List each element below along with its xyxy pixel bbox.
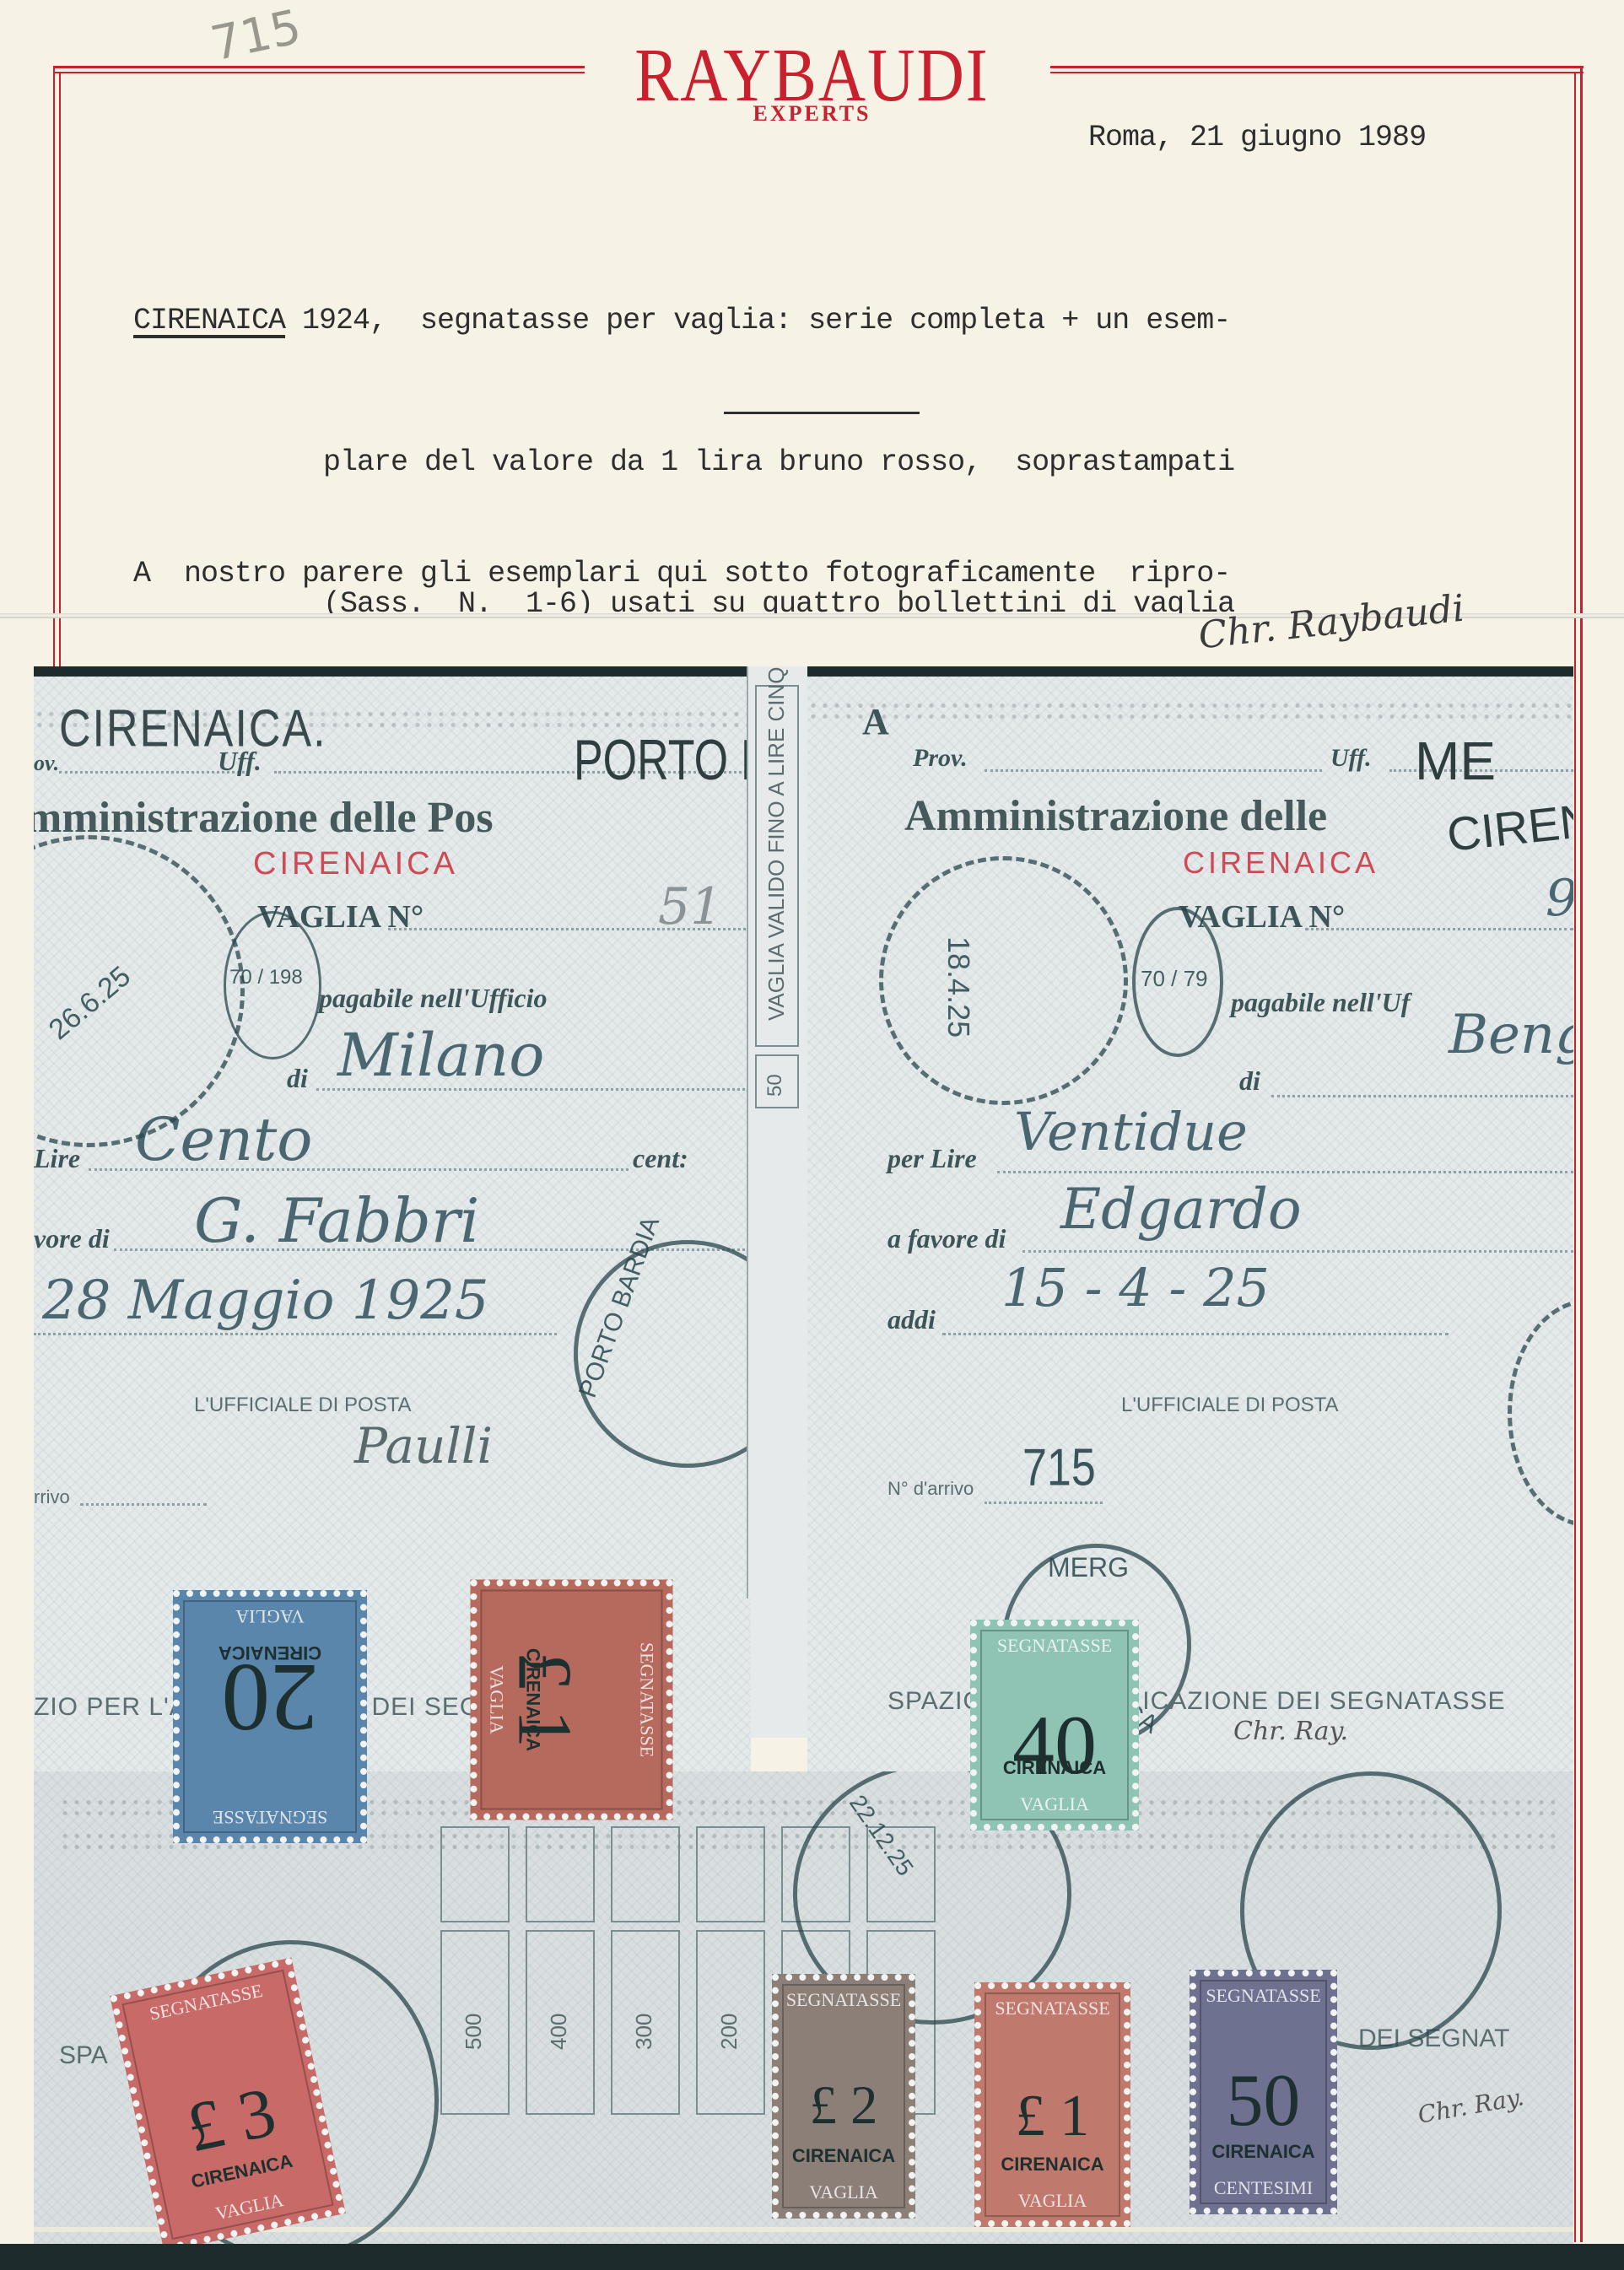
stamp-header: SEGNATASSE (779, 1989, 909, 2011)
opinion-line: A nostro parere gli esemplari qui sotto … (133, 550, 1230, 597)
stamp-footer: VAGLIA (779, 2181, 909, 2203)
column-value: 300 (631, 2014, 657, 2050)
officer-signature: Paulli (354, 1417, 493, 1475)
place-date: Roma, 21 giugno 1989 (1088, 121, 1426, 154)
di-value: Milano (337, 1021, 544, 1090)
frame-right-2 (1574, 72, 1576, 2242)
stamp-overprint: CIRENAICA (522, 1587, 544, 1814)
stamp-header: SEGNATASSE (981, 1998, 1124, 2019)
divider-rule (724, 412, 920, 414)
column-value: 400 (546, 2014, 572, 2050)
arrival-value: 715 (1022, 1437, 1096, 1498)
stamp-value: £ 2 (787, 2073, 900, 2137)
column-box: 500 (440, 1930, 510, 2115)
stamp-footer: VAGLIA (486, 1587, 508, 1814)
vaglia-number: 9 (1546, 869, 1573, 928)
stamp-overprint: CIRENAICA (981, 2154, 1124, 2176)
stamp-value: 50 (1196, 2057, 1330, 2143)
postmark-arrival-date: 18.4.25 (941, 936, 976, 1038)
postage-stamp-40c: SEGNATASSE40CIRENAICAVAGLIA (970, 1620, 1139, 1831)
uff-label: Uff. (218, 746, 262, 777)
prov-label: ov. (34, 751, 59, 776)
frame-left-2 (59, 72, 61, 690)
space-label: SPA (59, 2041, 108, 2070)
date-value: 28 Maggio 1925 (42, 1270, 489, 1332)
validity-value: 50 (763, 1074, 787, 1097)
di-label: di (1239, 1065, 1260, 1097)
prov-stamp: CIRENAICA. (59, 698, 327, 759)
addi-value: 15 - 4 - 25 (1001, 1257, 1270, 1318)
stamp-value: £ 1 (500, 1595, 589, 1805)
prov-label: Prov. (913, 744, 968, 773)
addi-label: addi (888, 1304, 936, 1335)
lire-label: per Lire (888, 1143, 977, 1174)
validity-strip: VAGLIA VALIDO FINO A LIRE CINQUANTA 50 (747, 666, 809, 1738)
column-box-top (526, 1826, 595, 1922)
postmark-arrival (879, 856, 1128, 1105)
postage-stamp-L1-rot: SEGNATASSE£ 1CIRENAICAVAGLIA (471, 1580, 673, 1820)
validity-text: VAGLIA VALIDO FINO A LIRE CINQUANTA (763, 666, 790, 1021)
form-title: Amministrazione delle (904, 791, 1327, 841)
stamp-footer: VAGLIA (981, 2190, 1124, 2212)
lire-label: Lire (34, 1143, 80, 1174)
column-box-top (440, 1826, 510, 1922)
uff-label: Uff. (1330, 744, 1372, 773)
uff-stamp: PORTO I (574, 728, 751, 794)
stamp-footer: CENTESIMI (1196, 2177, 1330, 2199)
favore-value: Edgardo (1060, 1177, 1302, 1242)
stamp-header: SEGNATASSE (1196, 1985, 1330, 2007)
postmark-box-text: 70 / 198 (229, 966, 303, 989)
officer-label: L'UFFICIALE DI POSTA (1121, 1394, 1339, 1417)
favore-label: a favore di (888, 1223, 1006, 1254)
red-overprint: CIRENAICA (253, 846, 458, 882)
description-line: 1924, segnatasse per vaglia: serie compl… (285, 304, 1230, 337)
stamp-value: £ 1 (990, 2082, 1115, 2150)
stamp-overprint: CIRENAICA (977, 1757, 1132, 1779)
lire-value: Ventidue (1014, 1101, 1248, 1162)
arrival-label: N° d'arrivo (888, 1478, 974, 1500)
di-label: di (287, 1063, 308, 1094)
red-overprint: CIRENAICA (1183, 845, 1379, 881)
stamp-overprint: CIRENAICA (779, 2145, 909, 2167)
payable-label: pagabile nell'Uf (1231, 987, 1410, 1018)
cent-label: cent: (633, 1143, 688, 1174)
money-order-right: A Prov. Uff. ME CIREN Amministrazione de… (807, 666, 1573, 1771)
frame-right (1580, 66, 1583, 2242)
column-value: 500 (461, 2014, 487, 2050)
postage-stamp-50c: SEGNATASSE50CIRENAICACENTESIMI (1190, 1970, 1337, 2214)
column-box-top (611, 1826, 680, 1922)
column-box-top (696, 1826, 765, 1922)
postage-stamp-20c: SEGNATASSE20CIRENAICAVAGLIA (173, 1590, 367, 1843)
form-letter: A (862, 700, 889, 743)
arrival-label: rrivo (34, 1486, 70, 1508)
postmark-merg-name: MERG (1048, 1552, 1129, 1583)
payable-label: pagabile nell'Ufficio (319, 983, 547, 1014)
stamp-footer: VAGLIA (977, 1793, 1132, 1815)
postmark-box-text: 70 / 79 (1141, 966, 1208, 992)
pencil-sig: Chr. Ray. (1233, 1717, 1348, 1746)
favore-value: G. Fabbri (194, 1185, 479, 1256)
vaglia-number: 51 (658, 877, 722, 936)
postage-stamp-L1: SEGNATASSE£ 1CIRENAICAVAGLIA (974, 1982, 1130, 2227)
favore-label: vore di (34, 1223, 110, 1254)
country-name: CIRENAICA (133, 304, 285, 337)
expert-signature: Chr. Raybaudi (1196, 587, 1466, 658)
officer-label: L'UFFICIALE DI POSTA (194, 1394, 412, 1417)
stamp-overprint: CIRENAICA (1196, 2141, 1330, 2163)
frame-left (53, 66, 55, 690)
stamp-footer: VAGLIA (180, 1605, 360, 1627)
stamp-header: SEGNATASSE (636, 1587, 658, 1814)
column-box: 300 (611, 1930, 680, 2115)
column-box: 400 (526, 1930, 595, 2115)
uff-stamp: ME (1415, 730, 1496, 792)
postage-stamp-L2: SEGNATASSE£ 2CIRENAICAVAGLIA (772, 1974, 915, 2219)
money-order-left: CIRENAICA. ov. Uff. PORTO I mministrazio… (34, 666, 751, 1603)
stamp-header: SEGNATASSE (977, 1635, 1132, 1657)
column-value: 200 (716, 2014, 742, 2050)
column-box: 200 (696, 1930, 765, 2115)
stamp-overprint: CIRENAICA (180, 1642, 360, 1663)
scan-edge-bottom (0, 2244, 1624, 2270)
di-value: Bengasi (1449, 1004, 1573, 1066)
stamp-header: SEGNATASSE (180, 1806, 360, 1828)
